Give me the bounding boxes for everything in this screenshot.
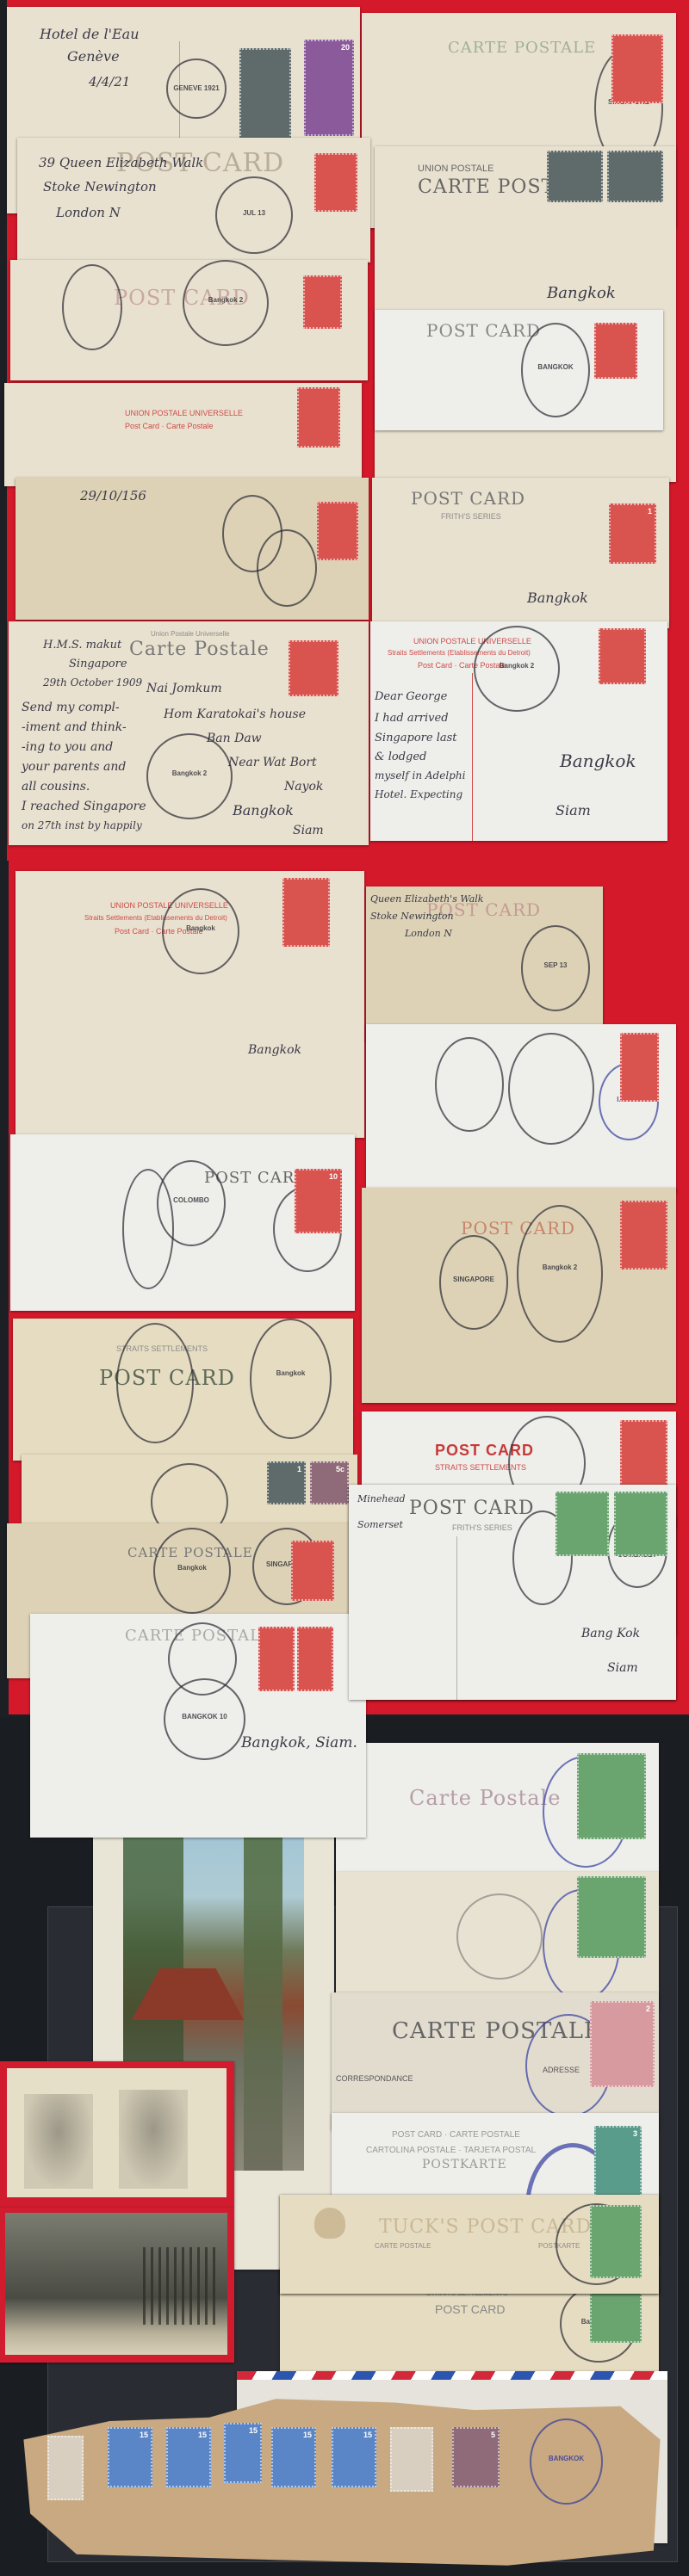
stamp: [239, 48, 291, 143]
parcel-stamps: 15 15 15 15 15 5 BANGKOK: [47, 2427, 633, 2530]
handwriting: Bangkok: [248, 1043, 301, 1057]
postmark: Bangkok: [250, 1319, 332, 1439]
postcard-minehead-somerset: POST CARD FRITH'S SERIES Minehead Somers…: [349, 1485, 676, 1700]
stamp: [291, 1541, 334, 1601]
stamp: [289, 640, 338, 696]
stamp: 15: [224, 2423, 262, 2483]
printed-subheading: CARTE POSTALE: [375, 2242, 431, 2250]
handwriting: 29th October 1909: [43, 676, 142, 689]
postcard-hms-makut: Union Postale Universelle Carte Postale …: [9, 621, 369, 845]
stamp: 3: [594, 2126, 642, 2199]
stamp: [611, 34, 663, 103]
postmark: Bangkok 2: [517, 1205, 603, 1343]
printed-heading: POST CARD: [411, 488, 525, 509]
handwriting: H.M.S. makut: [43, 639, 121, 652]
group-photo-card: [0, 2208, 234, 2363]
postcard-bangkok-siam: CARTE POSTALE BANGKOK 10 Bangkok, Siam.: [30, 1614, 366, 1838]
handwriting: Siam: [556, 802, 591, 819]
printed-subheading: CARTOLINA POSTALE · TARJETA POSTAL: [366, 2146, 536, 2155]
printed-heading: Carte Postale: [409, 1786, 561, 1810]
handwriting: Siam: [293, 824, 324, 837]
postmark: GENEVE 1921: [166, 59, 227, 119]
handwriting: 39 Queen Elizabeth Walk: [39, 155, 203, 170]
stamp: [594, 323, 637, 379]
stamp: 15: [166, 2427, 211, 2487]
stamp: 15: [108, 2427, 152, 2487]
handwriting: your parents and: [22, 760, 126, 774]
stamp: 10: [295, 1169, 342, 1233]
airmail-border: [237, 2371, 667, 2380]
stamp: [297, 387, 340, 448]
printed-heading: POST CARD: [409, 1498, 535, 1519]
postmark: [508, 1033, 594, 1145]
handwriting: & lodged: [375, 751, 426, 763]
handwriting: Bangkok: [233, 802, 294, 819]
postmark: Bangkok: [153, 1528, 231, 1614]
postcard-singapore-bangkok: POST CARD SINGAPORE Bangkok 2: [362, 1188, 676, 1403]
printed-heading: POST CARD · CARTE POSTALE: [392, 2130, 520, 2140]
stamp: 15: [271, 2427, 316, 2487]
handwriting: Bangkok: [547, 284, 616, 302]
handwriting: London N: [56, 205, 121, 220]
handwriting: Minehead: [357, 1493, 406, 1504]
stamp: 15: [332, 2427, 376, 2487]
illustration: [7, 2068, 227, 2197]
postmark: [456, 1893, 543, 1980]
stamp: [390, 2427, 433, 2492]
printed-subheading: POSTKARTE: [422, 2158, 507, 2171]
handwriting: Singapore: [69, 658, 127, 670]
postcard-straits-post-card: POST CARD STRAITS SETTLEMENTS Bangkok: [13, 1319, 353, 1461]
postcard-carte-postal-green: Carte Postale: [336, 1743, 659, 1881]
postmark: BANGKOK 10: [164, 1678, 245, 1760]
stamp: [282, 878, 330, 947]
stamp: [317, 502, 358, 560]
postcard-union-postale-universelle: UNION POSTALE UNIVERSELLE Post Card · Ca…: [4, 383, 362, 486]
stamp: 5: [452, 2427, 500, 2487]
printed-subheading: Union Postale Universelle: [151, 630, 230, 638]
postcard-friths-series: POST CARD FRITH'S SERIES Bangkok 1: [372, 478, 669, 628]
handwriting: Bang Kok: [581, 1627, 640, 1640]
postmark: SINGAPORE: [439, 1235, 508, 1330]
printed-subheading: POST CARD: [435, 2302, 505, 2316]
handwriting: -iment and think-: [22, 720, 127, 734]
stamp: [590, 2205, 642, 2278]
stamp: [620, 1201, 667, 1269]
stamp: [556, 1492, 609, 1556]
printed-subheading: Post Card · Carte Postale: [125, 422, 214, 430]
handwriting: Queen Elizabeth's Walk: [370, 893, 483, 905]
postmark: [116, 1323, 194, 1443]
postcard-green-stamp: [336, 1872, 659, 2010]
stamp: 1: [609, 503, 656, 564]
stamp: [297, 1627, 333, 1691]
stamp: [547, 151, 603, 202]
postcard-bangkok: POST CARD BANGKOK: [375, 310, 663, 430]
handwriting: Bangkok: [527, 590, 588, 606]
handwriting: Nai Jomkum: [146, 682, 222, 695]
postmark: Bangkok 2: [146, 733, 233, 819]
illustrated-portrait-card: [0, 2061, 234, 2208]
postcard-london-sep: POST CARD Queen Elizabeth's Walk Stoke N…: [366, 886, 603, 1041]
handwriting: I had arrived: [375, 712, 449, 725]
handwriting: Hotel. Expecting: [375, 788, 462, 800]
handwriting: Dear George: [375, 690, 447, 703]
handwriting: Bangkok, Siam.: [241, 1734, 357, 1751]
postmark: JUL 13: [215, 176, 293, 254]
handwriting: Stoke Newington: [370, 911, 454, 922]
handwriting: myself in Adelphi: [375, 769, 465, 781]
printed-heading: CARTE POSTALE: [448, 39, 596, 57]
postcard-london: POST CARD 39 Queen Elizabeth Walk Stoke …: [17, 138, 370, 263]
stamp: [599, 628, 646, 684]
album-page-1: Hotel de l'Eau Genève 4/4/21 GENEVE 1921…: [0, 0, 689, 861]
handwriting: 29/10/156: [80, 488, 146, 503]
postcard-carte-postale-pink: CARTE POSTALE CORRESPONDANCE ADRESSE 2: [332, 1992, 659, 2130]
handwriting: Send my compl-: [22, 701, 120, 714]
printed-subheading: CORRESPONDANCE: [336, 2074, 413, 2083]
stamp: [620, 1420, 667, 1489]
handwriting: Hotel de l'Eau: [40, 26, 140, 42]
postcard-bangkok-2: POST CARD Bangkok 2: [10, 260, 368, 380]
postmark: [257, 529, 317, 607]
handwriting: all cousins.: [22, 780, 90, 794]
handwriting: Nayok: [284, 780, 323, 794]
printed-heading: UNION POSTALE UNIVERSELLE: [125, 409, 243, 417]
postmark: SEP 13: [521, 925, 590, 1011]
handwriting: Siam: [607, 1661, 638, 1675]
stamp: [303, 275, 342, 329]
printed-subheading: FRITH'S SERIES: [441, 512, 501, 521]
handwriting: on 27th inst by happily: [22, 819, 142, 831]
postmark: COLOMBO: [157, 1160, 226, 1246]
postmark: BANGKOK: [530, 2418, 603, 2505]
postcard-straits-settlements: UNION POSTALE UNIVERSELLE Straits Settle…: [16, 871, 364, 1138]
postmark: BANGKOK: [521, 323, 590, 417]
royal-crest-icon: [314, 2208, 345, 2239]
postcard-dear-george: UNION POSTALE UNIVERSELLE Straits Settle…: [370, 621, 667, 841]
handwriting: London N: [405, 928, 452, 939]
stamp: 5c: [310, 1461, 349, 1504]
stamp: 20: [304, 40, 354, 136]
card-divider: [456, 1536, 457, 1700]
stamp: 1: [267, 1461, 306, 1504]
stamp: [614, 1492, 667, 1556]
postcard-thai-dated: 29/10/156: [16, 478, 369, 620]
postmark: [62, 264, 122, 350]
printed-subheading: FRITH'S SERIES: [452, 1523, 512, 1532]
postmark: Bangkok 2: [474, 626, 560, 712]
handwriting: 4/4/21: [89, 74, 130, 90]
handwriting: I reached Singapore: [22, 800, 146, 813]
postmark: Bangkok: [162, 888, 239, 974]
printed-subheading: CARTE POST: [418, 176, 555, 198]
handwriting: Genève: [67, 48, 120, 65]
stamp: 2: [590, 2001, 655, 2087]
postmark: [435, 1037, 504, 1132]
printed-heading: POST CARD: [426, 320, 541, 341]
stamp: [47, 2436, 84, 2500]
postcard-colombo: POST CARD COLOMBO 10: [10, 1134, 355, 1311]
stamp: [577, 1876, 646, 1958]
handwriting: Singapore last: [375, 732, 457, 744]
black-white-photo: [5, 2213, 227, 2355]
printed-heading: Carte Postale: [129, 639, 270, 660]
handwriting: Stoke Newington: [43, 179, 157, 195]
stamp: [314, 153, 357, 212]
handwriting: Near Wat Bort: [228, 756, 317, 769]
stamp: [620, 1033, 659, 1102]
stamp: [258, 1627, 295, 1691]
handwriting: Hom Karatokai's house: [164, 707, 306, 721]
handwriting: Somerset: [357, 1519, 403, 1530]
stamp: [577, 1753, 646, 1839]
card-divider: [472, 673, 473, 841]
handwriting: -ing to you and: [22, 740, 113, 754]
printed-heading: UNION POSTALE: [418, 164, 493, 174]
postmark: Bangkok 2: [183, 260, 269, 346]
tucks-post-card: TUCK'S POST CARD CARTE POSTALE POSTKARTE: [280, 2195, 659, 2294]
stamp: [607, 151, 663, 202]
handwriting: Bangkok: [560, 751, 636, 771]
postcard-inpo: I.N.P.O.: [366, 1024, 676, 1192]
